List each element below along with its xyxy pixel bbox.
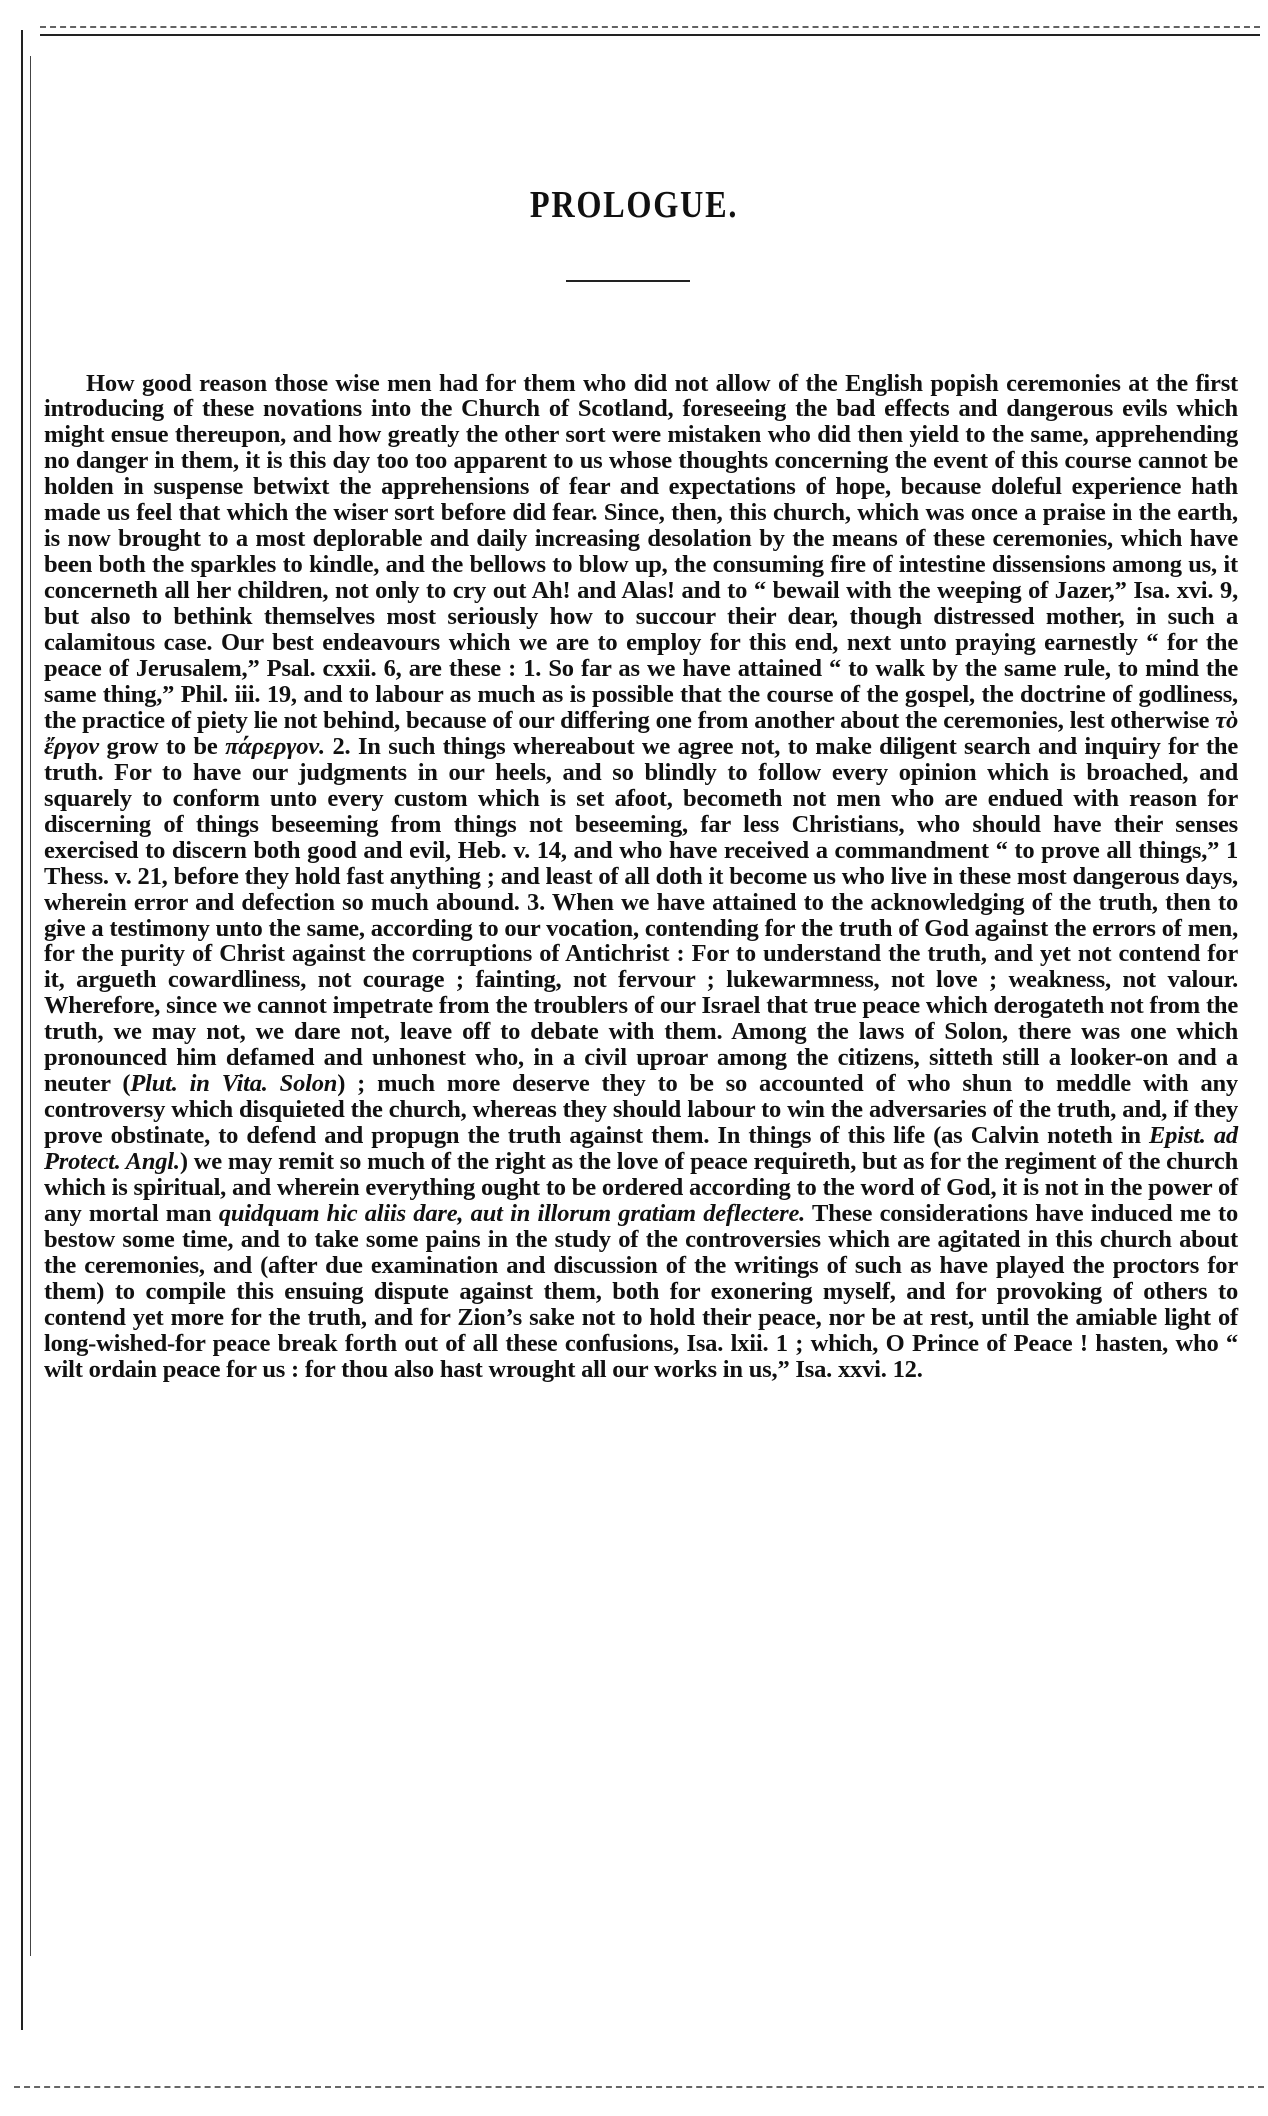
- bottom-border-rule: [14, 2086, 1264, 2088]
- page-title: PROLOGUE.: [95, 183, 1173, 227]
- prologue-paragraph: How good reason those wise men had for t…: [44, 371, 1238, 1383]
- top-border-rule-outer: [40, 26, 1260, 28]
- latin-quotation: quidquam hic aliis dare, aut in illorum …: [219, 1200, 805, 1227]
- top-border-rule-inner: [40, 34, 1260, 36]
- title-ornament-rule: [566, 280, 690, 282]
- text-segment: How good reason those wise men had for t…: [44, 370, 1238, 734]
- text-segment: 2. In such things whereabout we agree no…: [44, 733, 1238, 1097]
- left-margin-rule-inner: [30, 56, 31, 1956]
- text-segment: grow to be: [99, 733, 225, 760]
- left-margin-rule-outer: [21, 30, 23, 2030]
- text-segment: These considerations have induced me to …: [44, 1200, 1238, 1383]
- citation-plutarch: Plut. in Vita. Solon: [130, 1070, 337, 1097]
- greek-phrase-parergon: πάρεργον.: [225, 733, 325, 760]
